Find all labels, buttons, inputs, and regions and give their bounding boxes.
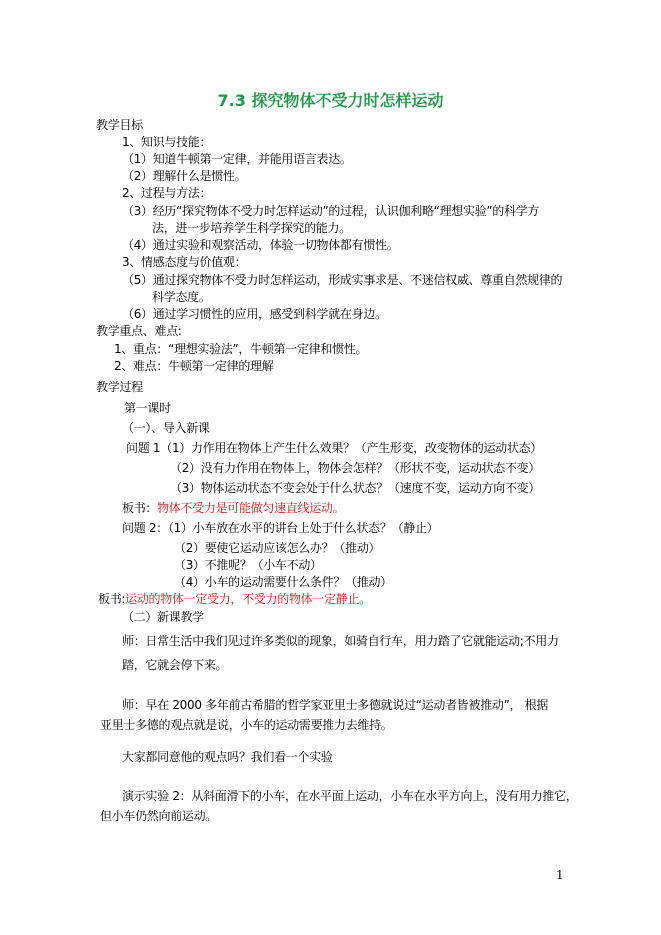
paragraph-line: 踏，它就会停下来。 xyxy=(122,657,227,673)
process-heading: 教学过程 xyxy=(96,379,143,395)
objective-category: 3、情感态度与价值观： xyxy=(122,254,246,270)
objective-category: 2、过程与方法： xyxy=(122,185,211,201)
board-label: 板书: xyxy=(98,592,125,606)
question-line: （3）不推呢？（小车不动） xyxy=(174,557,322,573)
question-line: 问题 1（1）力作用在物体上产生什么效果？（产生形变，改变物体的运动状态） xyxy=(126,440,542,456)
board-note: 板书:运动的物体一定受力，不受力的物体一定静止。 xyxy=(98,591,371,607)
keypoint-item: 1、重点：“理想实验法”，牛顿第一定律和惯性。 xyxy=(114,341,367,357)
objective-item: （4）通过实验和观察活动，体验一切物体都有惯性。 xyxy=(122,237,398,253)
question-line: 问题 2：（1）小车放在水平的讲台上处于什么状态？（静止） xyxy=(122,520,438,536)
objective-item: （3）经历“探究物体不受力时怎样运动”的过程，认识伽利略“理想实验”的科学方 xyxy=(122,203,539,219)
document-page: 7.3 探究物体不受力时怎样运动 教学目标 1、知识与技能： （1）知道牛顿第一… xyxy=(0,0,661,935)
paragraph-line: 师：早在 2000 多年前古希腊的哲学家亚里士多德就说过“运动者皆被推动”， 根… xyxy=(122,697,548,713)
objective-item: （2）理解什么是惯性。 xyxy=(122,168,246,184)
board-label: 板书： xyxy=(122,501,157,515)
keypoints-heading: 教学重点、难点: xyxy=(96,323,182,339)
keypoint-item: 2、难点：牛顿第一定律的理解 xyxy=(114,358,273,374)
paragraph-line: 亚里士多德的观点就是说，小车的运动需要推力去维持。 xyxy=(100,717,393,733)
board-text: 运动的物体一定受力，不受力的物体一定静止。 xyxy=(125,592,371,606)
board-text: 物体不受力是可能做匀速直线运动。 xyxy=(157,501,344,515)
objective-item: （5）通过探究物体不受力时怎样运动，形成实事求是、不迷信权威、尊重自然规律的 xyxy=(122,272,562,288)
objective-item-cont: 法，进一步培养学生科学探究的能力。 xyxy=(152,220,351,236)
question-line: （2）要使它运动应该怎么办？（推动） xyxy=(174,540,380,556)
page-number: 1 xyxy=(556,868,564,882)
paragraph-line: 演示实验 2：从斜面滑下的小车，在水平面上运动，小车在水平方向上，没有用力推它， xyxy=(122,788,577,804)
section-heading: （一）、导入新课 xyxy=(122,420,210,436)
paragraph-line: 大家都同意他的观点吗？我们看一个实验 xyxy=(122,749,333,765)
question-line: （3）物体运动状态不变会处于什么状态？（速度不变，运动方向不变） xyxy=(170,480,540,496)
section-heading: （二）新课教学 xyxy=(122,609,204,625)
paragraph-line: 但小车仍然向前运动。 xyxy=(100,808,217,824)
objective-item: （6）通过学习惯性的应用，感受到科学就在身边。 xyxy=(122,306,387,322)
lesson-label: 第一课时 xyxy=(124,400,171,416)
document-title: 7.3 探究物体不受力时怎样运动 xyxy=(0,88,661,111)
paragraph-line: 师：日常生活中我们见过许多类似的现象，如骑自行车，用力踏了它就能运动;不用力 xyxy=(122,633,559,649)
objective-category: 1、知识与技能： xyxy=(122,134,211,150)
objective-item-cont: 科学态度。 xyxy=(152,289,211,305)
objectives-heading: 教学目标 xyxy=(96,117,143,133)
question-line: （2）没有力作用在物体上，物体会怎样？（形状不变，运动状态不变） xyxy=(170,460,540,476)
board-note: 板书：物体不受力是可能做匀速直线运动。 xyxy=(122,500,344,516)
objective-item: （1）知道牛顿第一定律，并能用语言表达。 xyxy=(122,151,352,167)
question-line: （4）小车的运动需要什么条件？（推动） xyxy=(174,574,392,590)
